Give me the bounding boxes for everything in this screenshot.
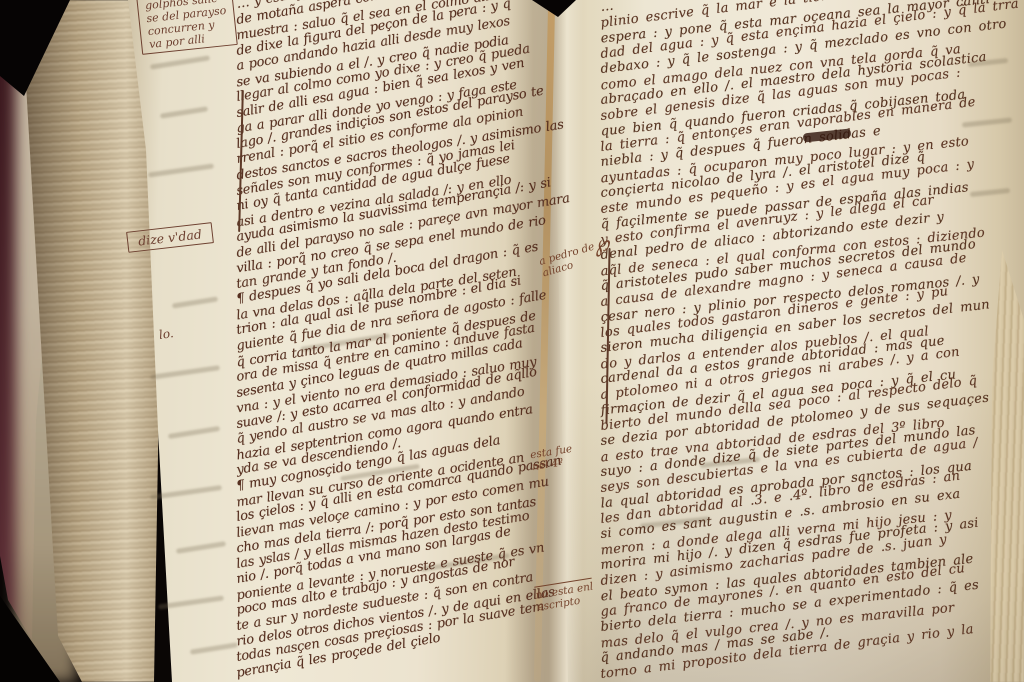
left-page-text: … y esa q̃ jamas se de agua …de motaña a…	[237, 0, 577, 677]
manuscript-line: perançia q̃ les proçede del çielo	[237, 662, 577, 678]
margin-mark: lo.	[158, 327, 174, 342]
open-manuscript-book-photo: … y esa q̃ jamas se de agua …de motaña a…	[0, 0, 1024, 682]
manuscript-line: torno a mi proposito dela tierra de graç…	[601, 663, 1021, 679]
right-page-text: …plinio escrive q̃ la mar e la tierra ha…	[601, 0, 1021, 678]
